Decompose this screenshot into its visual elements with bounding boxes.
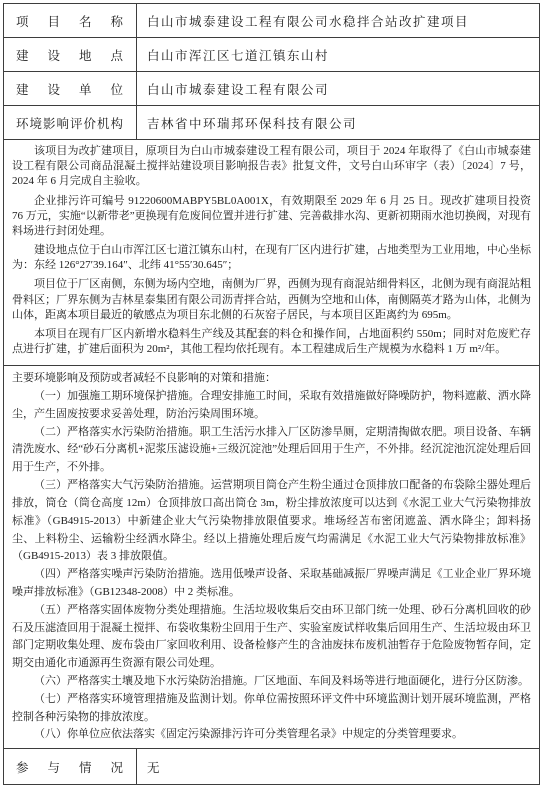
participation-value: 无: [137, 749, 540, 785]
approval-form-table: 项目名称 白山市城泰建设工程有限公司水稳拌合站改扩建项目 建设地点 白山市浑江区…: [3, 3, 540, 785]
project-name-label: 项目名称: [4, 4, 137, 38]
measure-item: （七）严格落实环境管理措施及监测计划。你单位需按照环评文件中环境监测计划开展环境…: [12, 691, 531, 727]
measures-heading: 主要环境影响及预防或者减轻不良影响的对策和措施：: [12, 370, 531, 388]
overview-paragraph: 本项目在现有厂区内新增水稳料生产线及其配套的料仓和操作间，占地面积约 550m；…: [12, 327, 531, 357]
overview-paragraph: 该项目为改扩建项目，原项目为白山市城泰建设工程有限公司，项目于 2024 年取得…: [12, 144, 531, 190]
measure-item: （一）加强施工期环境保护措施。合理安排施工时间，采取有效措施做好降噪防护，物料遮…: [12, 388, 531, 424]
construction-site-value: 白山市浑江区七道江镇东山村: [137, 38, 540, 72]
eia-agency-label: 环境影响评价机构: [4, 106, 137, 140]
construction-unit-value: 白山市城泰建设工程有限公司: [137, 72, 540, 106]
measure-item: （二）严格落实水污染防治措施。职工生活污水排入厂区防渗旱厕，定期清掏做农肥。项目…: [12, 424, 531, 477]
overview-paragraph: 项目位于厂区南侧，东侧为场内空地，南侧为厂界，西侧为现有商混站细骨料区，北侧为现…: [12, 277, 531, 323]
eia-agency-value: 吉林省中环瑞邦环保科技有限公司: [137, 106, 540, 140]
construction-unit-label: 建设单位: [4, 72, 137, 106]
overview-paragraph: 建设地点位于白山市浑江区七道江镇东山村，在现有厂区内进行扩建，占地类型为工业用地…: [12, 243, 531, 273]
participation-row: 参与情况 无: [4, 749, 540, 785]
measure-item: （四）严格落实噪声污染防治措施。选用低噪声设备、采取基础减振厂界噪声满足《工业企…: [12, 566, 531, 602]
participation-label: 参与情况: [4, 749, 137, 785]
measures-row: 主要环境影响及预防或者减轻不良影响的对策和措施： （一）加强施工期环境保护措施。…: [4, 366, 540, 749]
measure-item: （六）严格落实土壤及地下水污染防治措施。厂区地面、车间及料场等进行地面硬化，进行…: [12, 673, 531, 691]
field-row-construction-unit: 建设单位 白山市城泰建设工程有限公司: [4, 72, 540, 106]
field-row-eia-agency: 环境影响评价机构 吉林省中环瑞邦环保科技有限公司: [4, 106, 540, 140]
construction-site-label: 建设地点: [4, 38, 137, 72]
measures-cell: 主要环境影响及预防或者减轻不良影响的对策和措施： （一）加强施工期环境保护措施。…: [4, 366, 540, 749]
field-row-construction-site: 建设地点 白山市浑江区七道江镇东山村: [4, 38, 540, 72]
project-overview-cell: 该项目为改扩建项目，原项目为白山市城泰建设工程有限公司，项目于 2024 年取得…: [4, 140, 540, 366]
measure-item: （五）严格落实固体废物分类处理措施。生活垃圾收集后交由环卫部门统一处理、砂石分离…: [12, 602, 531, 673]
project-name-value: 白山市城泰建设工程有限公司水稳拌合站改扩建项目: [137, 4, 540, 38]
document-page: 项目名称 白山市城泰建设工程有限公司水稳拌合站改扩建项目 建设地点 白山市浑江区…: [0, 0, 543, 793]
project-overview-row: 该项目为改扩建项目，原项目为白山市城泰建设工程有限公司，项目于 2024 年取得…: [4, 140, 540, 366]
measure-item: （三）严格落实大气污染防治措施。运营期项目筒仓产生粉尘通过仓顶排放口配备的布袋除…: [12, 477, 531, 566]
measure-item: （八）你单位应依法落实《固定污染源排污许可分类管理名录》中规定的分类管理要求。: [12, 726, 531, 744]
overview-paragraph: 企业排污许可编号 91220600MABPY5BL0A001X，有效期限至 20…: [12, 194, 531, 240]
field-row-project-name: 项目名称 白山市城泰建设工程有限公司水稳拌合站改扩建项目: [4, 4, 540, 38]
